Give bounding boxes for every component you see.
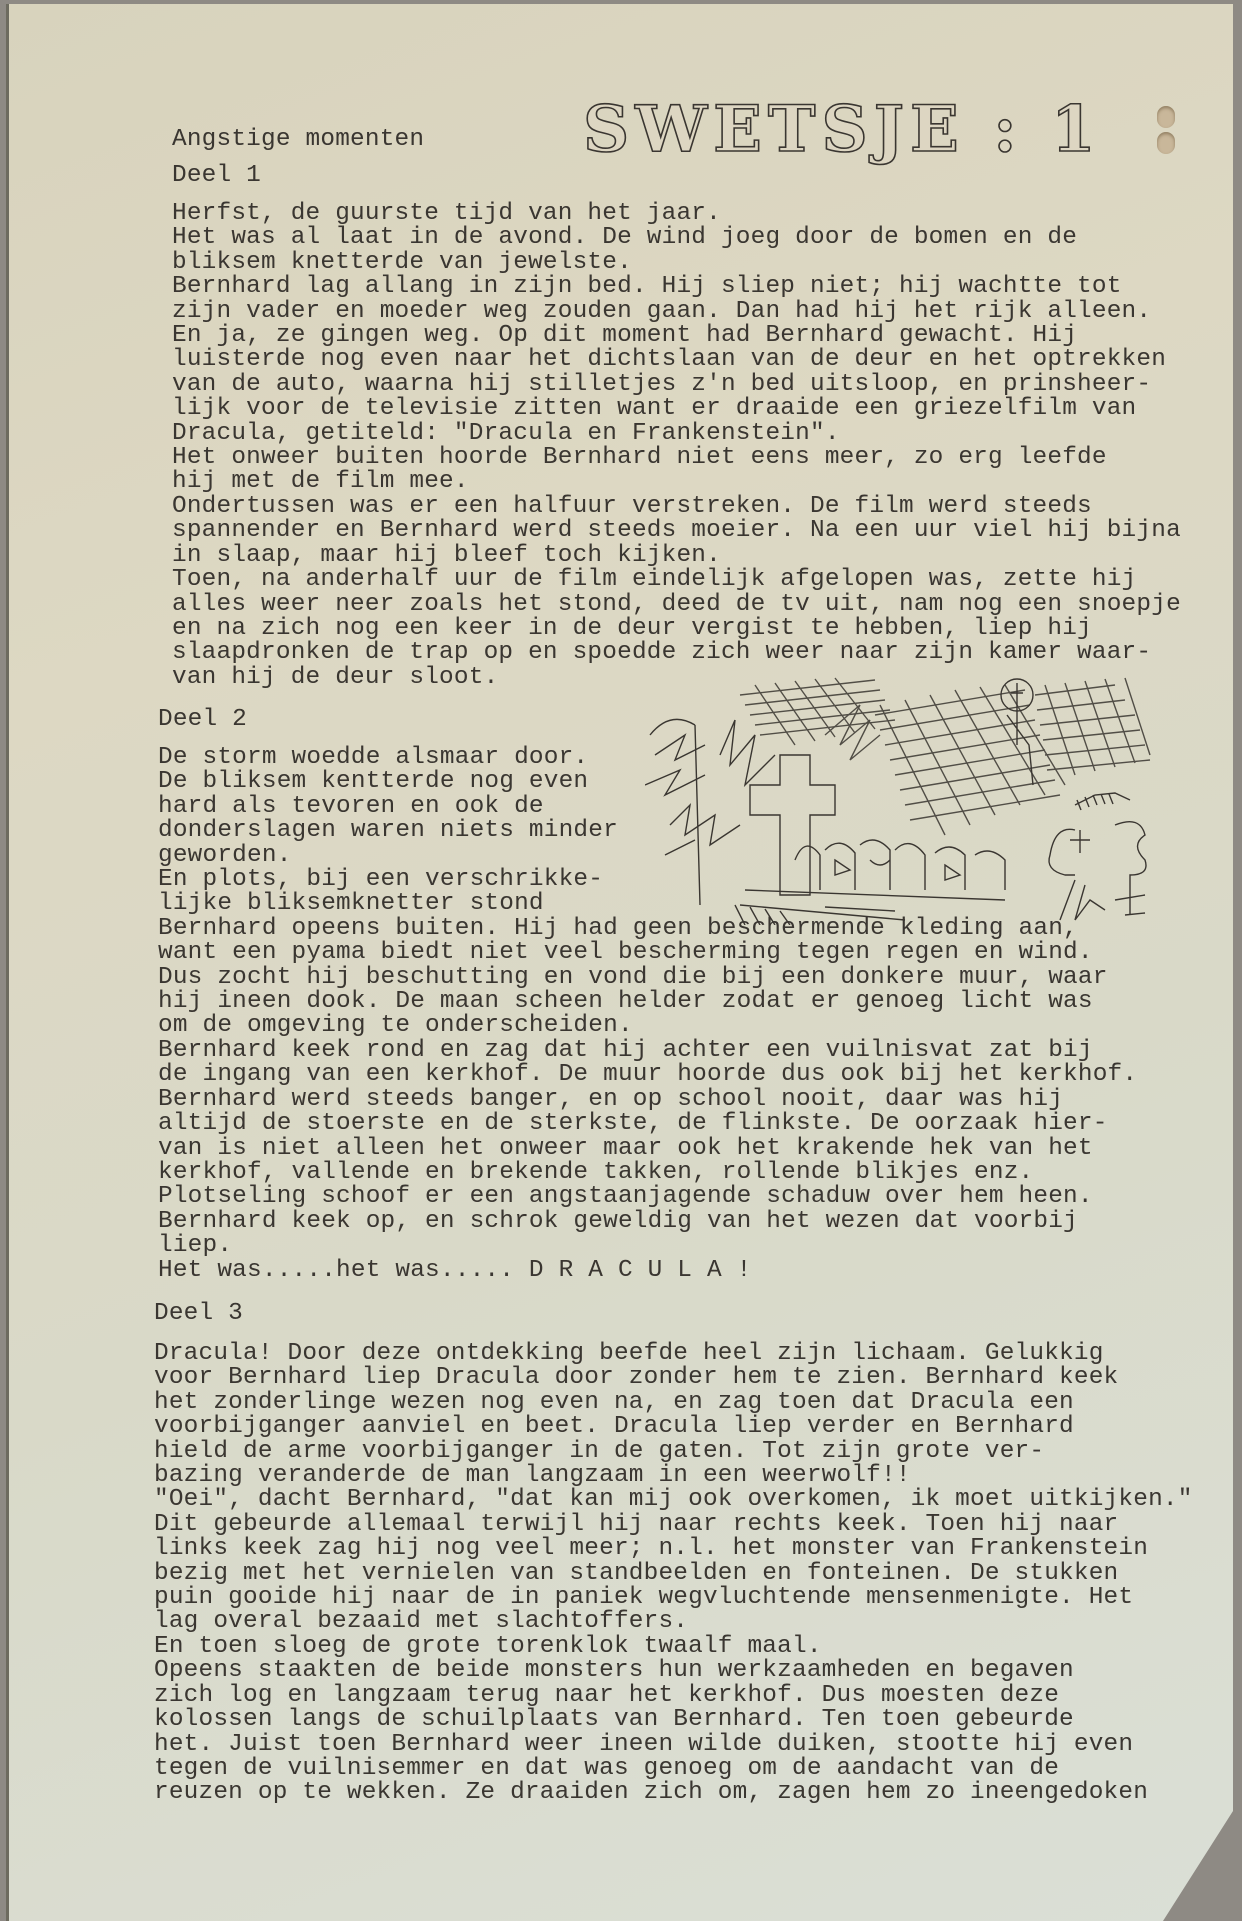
- part-1-heading: Deel 1: [172, 164, 261, 188]
- story-line: Plotseling schoof er een angstaanjagende…: [158, 1185, 1137, 1209]
- story-line: het. Juist toen Bernhard weer ineen wild…: [154, 1733, 1193, 1757]
- story-line: hij ineen dook. De maan scheen helder zo…: [158, 990, 1137, 1014]
- story-line: zijn vader en moeder weg zouden gaan. Da…: [172, 300, 1181, 324]
- punch-hole-icon: [1157, 132, 1175, 154]
- story-line: puin gooide hij naar de in paniek wegvlu…: [154, 1586, 1193, 1610]
- story-line: voorbijganger aanviel en beet. Dracula l…: [154, 1415, 1193, 1439]
- story-line: kerkhof, vallende en brekende takken, ro…: [158, 1161, 1137, 1185]
- story-line: luisterde nog even naar het dichtslaan v…: [172, 348, 1181, 372]
- story-line: spannender en Bernhard werd steeds moeie…: [172, 519, 1181, 543]
- story-line: slaapdronken de trap op en spoedde zich …: [172, 641, 1181, 665]
- story-line: voor Bernhard liep Dracula door zonder h…: [154, 1366, 1193, 1390]
- story-line: Dracula, getiteld: "Dracula en Frankenst…: [172, 422, 1181, 446]
- part-1-body: Herfst, de guurste tijd van het jaar.Het…: [172, 202, 1181, 690]
- graveyard-drawing-icon: [645, 675, 1200, 925]
- story-line: Ondertussen was er een halfuur verstreke…: [172, 495, 1181, 519]
- story-line: "Oei", dacht Bernhard, "dat kan mij ook …: [154, 1488, 1193, 1512]
- story-line: bezig met het vernielen van standbeelden…: [154, 1562, 1193, 1586]
- story-line: En ja, ze gingen weg. Op dit moment had …: [172, 324, 1181, 348]
- story-line: Bernhard lag allang in zijn bed. Hij sli…: [172, 275, 1181, 299]
- story-line: van is niet alleen het onweer maar ook h…: [158, 1137, 1137, 1161]
- story-line: Bernhard werd steeds banger, en op schoo…: [158, 1088, 1137, 1112]
- story-line: liep.: [158, 1234, 1137, 1258]
- story-line: altijd de stoerste en de sterkste, de fl…: [158, 1112, 1137, 1136]
- story-line: zich log en langzaam terug naar het kerk…: [154, 1684, 1193, 1708]
- story-line: Opeens staakten de beide monsters hun we…: [154, 1659, 1193, 1683]
- story-line: het zonderlinge wezen nog even na, en za…: [154, 1391, 1193, 1415]
- story-line: de ingang van een kerkhof. De muur hoord…: [158, 1063, 1137, 1087]
- story-line: Dus zocht hij beschutting en vond die bi…: [158, 966, 1137, 990]
- story-line: Het was.....het was..... D R A C U L A !: [158, 1259, 1137, 1283]
- story-line: want een pyama biedt niet veel beschermi…: [158, 941, 1137, 965]
- story-line: kolossen langs de schuilplaats van Bernh…: [154, 1708, 1193, 1732]
- story-line: links keek zag hij nog veel meer; n.l. h…: [154, 1537, 1193, 1561]
- story-line: Bernhard keek rond en zag dat hij achter…: [158, 1039, 1137, 1063]
- story-line: en na zich nog een keer in de deur vergi…: [172, 617, 1181, 641]
- story-line: En toen sloeg de grote torenklok twaalf …: [154, 1635, 1193, 1659]
- story-line: Het onweer buiten hoorde Bernhard niet e…: [172, 446, 1181, 470]
- story-line: alles weer neer zoals het stond, deed de…: [172, 593, 1181, 617]
- story-line: in slaap, maar hij bleef toch kijken.: [172, 544, 1181, 568]
- story-line: Het was al laat in de avond. De wind joe…: [172, 226, 1181, 250]
- story-line: tegen de vuilnisemmer en dat was genoeg …: [154, 1757, 1193, 1781]
- part-2-heading: Deel 2: [158, 708, 247, 732]
- story-line: Dracula! Door deze ontdekking beefde hee…: [154, 1342, 1193, 1366]
- story-line: Bernhard keek op, en schrok geweldig van…: [158, 1210, 1137, 1234]
- punch-hole-icon: [1157, 106, 1175, 128]
- masthead-title: SWETSJE : 1: [583, 98, 1102, 162]
- story-line: bliksem knetterde van jewelste.: [172, 251, 1181, 275]
- story-line: lag overal bezaaid met slachtoffers.: [154, 1610, 1193, 1634]
- story-title: Angstige momenten: [172, 128, 424, 152]
- story-line: hield de arme voorbijganger in de gaten.…: [154, 1440, 1193, 1464]
- story-line: bazing veranderde de man langzaam in een…: [154, 1464, 1193, 1488]
- story-line: Dit gebeurde allemaal terwijl hij naar r…: [154, 1513, 1193, 1537]
- story-line: Herfst, de guurste tijd van het jaar.: [172, 202, 1181, 226]
- story-line: om de omgeving te onderscheiden.: [158, 1014, 1137, 1038]
- part-3-heading: Deel 3: [154, 1302, 243, 1326]
- story-line: reuzen op te wekken. Ze draaiden zich om…: [154, 1781, 1193, 1805]
- story-line: van de auto, waarna hij stilletjes z'n b…: [172, 373, 1181, 397]
- story-line: hij met de film mee.: [172, 470, 1181, 494]
- story-line: Toen, na anderhalf uur de film eindelijk…: [172, 568, 1181, 592]
- story-line: lijk voor de televisie zitten want er dr…: [172, 397, 1181, 421]
- part-3-body: Dracula! Door deze ontdekking beefde hee…: [154, 1342, 1193, 1806]
